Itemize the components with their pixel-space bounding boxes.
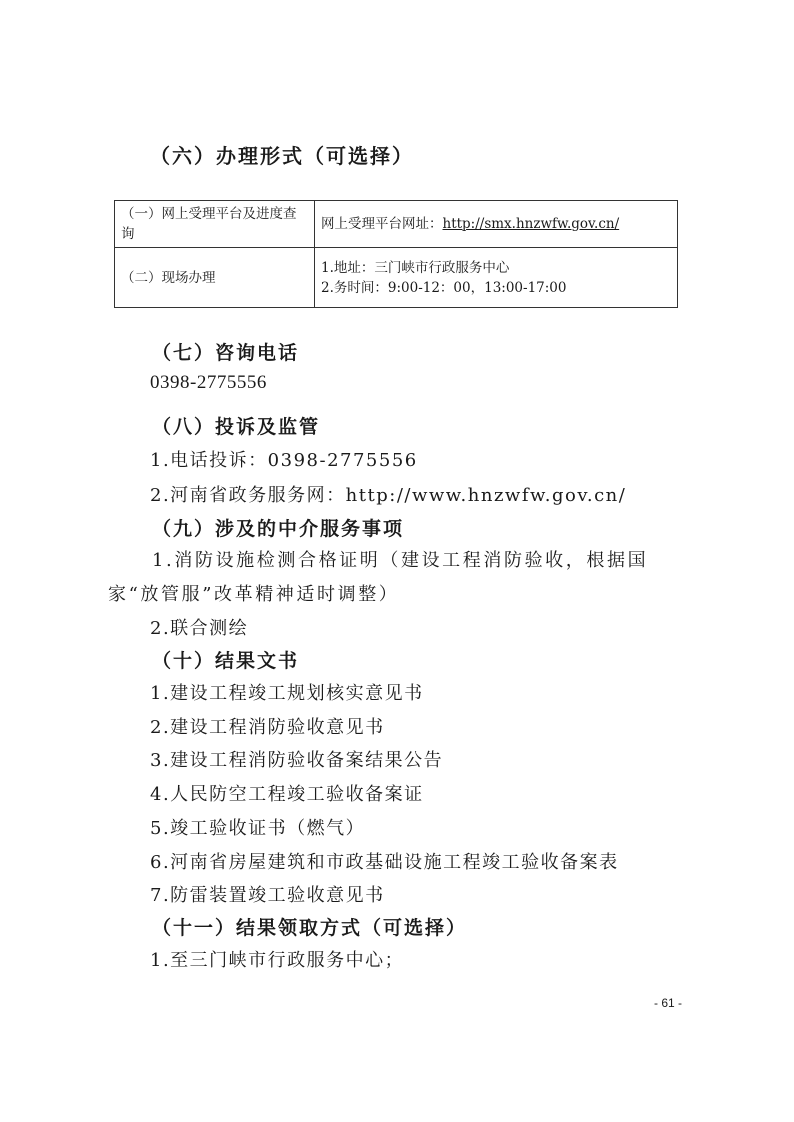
consult-phone: 0398-2775556 [150, 372, 267, 394]
section-8-heading: （八）投诉及监管 [152, 412, 320, 439]
result-doc-7: 7.防雷装置竣工验收意见书 [150, 881, 385, 907]
hours-line: 2.务时间：9:00-12：00，13:00-17:00 [321, 278, 671, 298]
result-doc-2: 2.建设工程消防验收意见书 [150, 713, 385, 739]
table-row: （二）现场办理 1.地址：三门峡市行政服务中心 2.务时间：9:00-12：00… [115, 248, 678, 308]
page-number: - 61 - [654, 996, 682, 1010]
complaint-website: 2.河南省政务服务网：http://www.hnzwfw.gov.cn/ [150, 481, 626, 507]
intermediary-item-1-line2: 家“放管服”改革精神适时调整） [108, 580, 399, 606]
intermediary-item-1-line1: 1.消防设施检测合格证明（建设工程消防验收，根据国 [152, 546, 648, 572]
section-7-heading: （七）咨询电话 [152, 338, 299, 365]
table-cell-value: 1.地址：三门峡市行政服务中心 2.务时间：9:00-12：00，13:00-1… [315, 248, 678, 308]
online-platform-prefix: 网上受理平台网址： [321, 216, 443, 232]
address-line: 1.地址：三门峡市行政服务中心 [321, 258, 671, 278]
table-row: （一）网上受理平台及进度查询 网上受理平台网址：http://smx.hnzwf… [115, 201, 678, 248]
online-platform-link[interactable]: http://smx.hnzwfw.gov.cn/ [443, 216, 620, 232]
section-10-heading: （十）结果文书 [152, 646, 299, 673]
section-11-heading: （十一）结果领取方式（可选择） [152, 913, 467, 940]
pickup-method-1: 1.至三门峡市行政服务中心； [150, 946, 404, 972]
result-doc-5: 5.竣工验收证书（燃气） [150, 814, 365, 840]
handling-form-table: （一）网上受理平台及进度查询 网上受理平台网址：http://smx.hnzwf… [114, 200, 678, 308]
result-doc-1: 1.建设工程竣工规划核实意见书 [150, 679, 424, 705]
section-6-heading: （六）办理形式（可选择） [150, 140, 414, 169]
result-doc-6: 6.河南省房屋建筑和市政基础设施工程竣工验收备案表 [150, 848, 619, 874]
result-doc-3: 3.建设工程消防验收备案结果公告 [150, 746, 443, 772]
complaint-phone: 1.电话投诉：0398-2775556 [150, 446, 418, 472]
intermediary-item-2: 2.联合测绘 [150, 614, 248, 640]
table-cell-label: （二）现场办理 [115, 248, 315, 308]
table-cell-value: 网上受理平台网址：http://smx.hnzwfw.gov.cn/ [315, 201, 678, 248]
table-cell-label: （一）网上受理平台及进度查询 [115, 201, 315, 248]
section-9-heading: （九）涉及的中介服务事项 [152, 514, 404, 541]
result-doc-4: 4.人民防空工程竣工验收备案证 [150, 780, 424, 806]
